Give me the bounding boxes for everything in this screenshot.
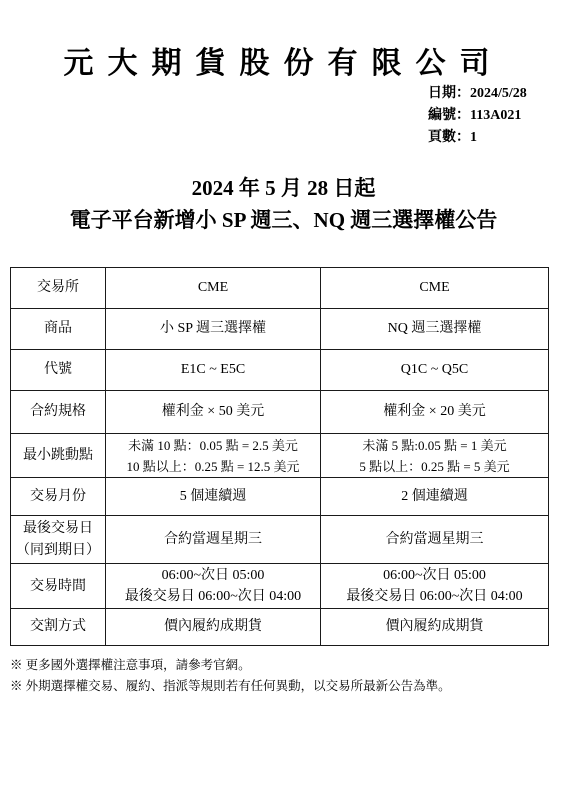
row-label-product: 商品 <box>11 309 106 350</box>
cell-exchange-product1: CME <box>106 268 321 309</box>
cell-product-name2: NQ 週三選擇權 <box>321 309 549 350</box>
cell-contract-months-product2: 2 個連續週 <box>321 478 549 516</box>
announcement-title: 2024 年 5 月 28 日起 電子平台新增小 SP 週三、NQ 週三選擇權公… <box>0 172 567 236</box>
cell-contract-months-product1: 5 個連續週 <box>106 478 321 516</box>
cell-code-product2: Q1C ~ Q5C <box>321 350 549 391</box>
row-label-exchange: 交易所 <box>11 268 106 309</box>
footnote-2: ※ 外期選擇權交易、履約、指派等規則若有任何異動，以交易所最新公告為準。 <box>10 676 558 697</box>
row-label-contract-months: 交易月份 <box>11 478 106 516</box>
announcement-title-line2: 電子平台新增小 SP 週三、NQ 週三選擇權公告 <box>0 204 567 236</box>
cell-contract-spec-product2: 權利金 × 20 美元 <box>321 391 549 434</box>
cell-last-trading-day-product1: 合約當週星期三 <box>106 516 321 564</box>
table-row-settlement: 交割方式 價內履約成期貨 價內履約成期貨 <box>11 609 549 646</box>
cell-min-tick-product2: 未滿 5 點:0.05 點 = 1 美元 5 點以上：0.25 點 = 5 美元 <box>321 434 549 478</box>
cell-settlement-product2: 價內履約成期貨 <box>321 609 549 646</box>
table-row-exchange: 交易所 CME CME <box>11 268 549 309</box>
cell-min-tick-product1: 未滿 10 點：0.05 點 = 2.5 美元 10 點以上：0.25 點 = … <box>106 434 321 478</box>
row-label-code: 代號 <box>11 350 106 391</box>
cell-exchange-product2: CME <box>321 268 549 309</box>
document-page: 元大期貨股份有限公司 日期：2024/5/28 編號：113A021 頁數：1 … <box>0 0 567 800</box>
cell-trading-hours-product1: 06:00~次日 05:00 最後交易日 06:00~次日 04:00 <box>106 564 321 609</box>
meta-date: 日期：2024/5/28 <box>428 83 527 105</box>
row-label-last-trading-day: 最後交易日 （同到期日） <box>11 516 106 564</box>
row-label-contract-spec: 合約規格 <box>11 391 106 434</box>
table-row-trading-hours: 交易時間 06:00~次日 05:00 最後交易日 06:00~次日 04:00… <box>11 564 549 609</box>
row-label-trading-hours: 交易時間 <box>11 564 106 609</box>
cell-last-trading-day-product2: 合約當週星期三 <box>321 516 549 564</box>
announcement-title-line1: 2024 年 5 月 28 日起 <box>0 172 567 204</box>
table-row-code: 代號 E1C ~ E5C Q1C ~ Q5C <box>11 350 549 391</box>
cell-trading-hours-product2: 06:00~次日 05:00 最後交易日 06:00~次日 04:00 <box>321 564 549 609</box>
meta-doc-number: 編號：113A021 <box>428 105 527 127</box>
table-row-product: 商品 小 SP 週三選擇權 NQ 週三選擇權 <box>11 309 549 350</box>
row-label-settlement: 交割方式 <box>11 609 106 646</box>
row-label-min-tick: 最小跳動點 <box>11 434 106 478</box>
company-name: 元大期貨股份有限公司 <box>0 38 567 82</box>
table-row-min-tick: 最小跳動點 未滿 10 點：0.05 點 = 2.5 美元 10 點以上：0.2… <box>11 434 549 478</box>
cell-settlement-product1: 價內履約成期貨 <box>106 609 321 646</box>
cell-product-name1: 小 SP 週三選擇權 <box>106 309 321 350</box>
table-row-contract-months: 交易月份 5 個連續週 2 個連續週 <box>11 478 549 516</box>
table-row-last-trading-day: 最後交易日 （同到期日） 合約當週星期三 合約當週星期三 <box>11 516 549 564</box>
cell-code-product1: E1C ~ E5C <box>106 350 321 391</box>
table-row-contract-spec: 合約規格 權利金 × 50 美元 權利金 × 20 美元 <box>11 391 549 434</box>
product-spec-table: 交易所 CME CME 商品 小 SP 週三選擇權 NQ 週三選擇權 代號 E1… <box>10 267 549 646</box>
document-meta: 日期：2024/5/28 編號：113A021 頁數：1 <box>428 83 527 149</box>
footnote-1: ※ 更多國外選擇權注意事項，請參考官網。 <box>10 655 558 676</box>
meta-page-count: 頁數：1 <box>428 127 527 149</box>
footnotes: ※ 更多國外選擇權注意事項，請參考官網。 ※ 外期選擇權交易、履約、指派等規則若… <box>10 655 558 697</box>
cell-contract-spec-product1: 權利金 × 50 美元 <box>106 391 321 434</box>
